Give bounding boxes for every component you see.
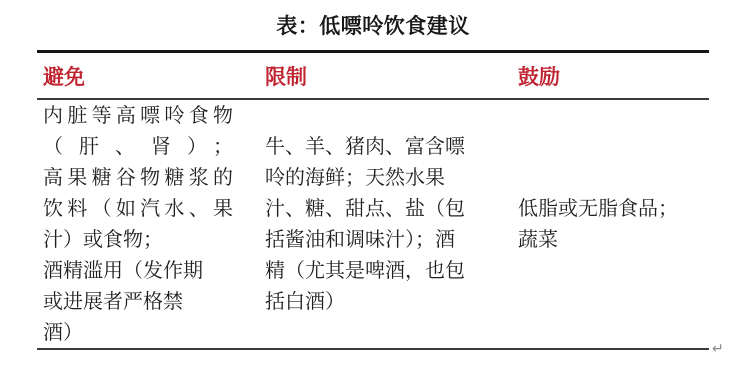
text-line: 蔬菜 bbox=[518, 224, 699, 255]
diet-recommendation-table: 避免 限制 鼓励 内脏等高嘌呤食物 （肝、肾）； 高果糖谷物糖浆的 饮料（如汽水… bbox=[37, 50, 709, 350]
cell-encourage: 低脂或无脂食品； 蔬菜 bbox=[510, 100, 709, 348]
paragraph-return-icon: ↵ bbox=[712, 341, 724, 357]
text-line: 内脏等高嘌呤食物 bbox=[43, 100, 233, 131]
text-line: 括酱油和调味汁）；酒 bbox=[265, 224, 495, 255]
text-line: 低脂或无脂食品； bbox=[518, 193, 699, 224]
text-line: 汁、糖、甜点、盐（包 bbox=[265, 193, 495, 224]
text-line: 括白酒） bbox=[265, 286, 495, 317]
text-line: 呤的海鲜；天然水果 bbox=[265, 162, 495, 193]
text-line: （肝、肾）； bbox=[43, 131, 233, 162]
column-header-encourage: 鼓励 bbox=[510, 61, 709, 91]
table-title: 表：低嘌呤饮食建议 bbox=[0, 10, 746, 40]
text-line: 牛、羊、猪肉、富含嘌 bbox=[265, 131, 495, 162]
text-line: 精（尤其是啤酒，也包 bbox=[265, 255, 495, 286]
text-line: 或进展者严格禁 bbox=[43, 286, 233, 317]
document-page: 表：低嘌呤饮食建议 避免 限制 鼓励 内脏等高嘌呤食物 （肝、肾）； 高果糖谷物… bbox=[0, 0, 746, 382]
column-header-limit: 限制 bbox=[258, 61, 510, 91]
cell-avoid: 内脏等高嘌呤食物 （肝、肾）； 高果糖谷物糖浆的 饮料（如汽水、果 汁）或食物；… bbox=[37, 100, 258, 348]
text-line: 酒） bbox=[43, 317, 233, 348]
text-line: 高果糖谷物糖浆的 bbox=[43, 162, 233, 193]
text-line: 饮料（如汽水、果 bbox=[43, 193, 233, 224]
cell-limit: 牛、羊、猪肉、富含嘌 呤的海鲜；天然水果 汁、糖、甜点、盐（包 括酱油和调味汁）… bbox=[258, 100, 510, 348]
text-line: 汁）或食物； bbox=[43, 224, 233, 255]
text-line: 酒精滥用（发作期 bbox=[43, 255, 233, 286]
table-body-row: 内脏等高嘌呤食物 （肝、肾）； 高果糖谷物糖浆的 饮料（如汽水、果 汁）或食物；… bbox=[37, 100, 709, 350]
table-header-row: 避免 限制 鼓励 bbox=[37, 53, 709, 100]
column-header-avoid: 避免 bbox=[37, 61, 258, 91]
